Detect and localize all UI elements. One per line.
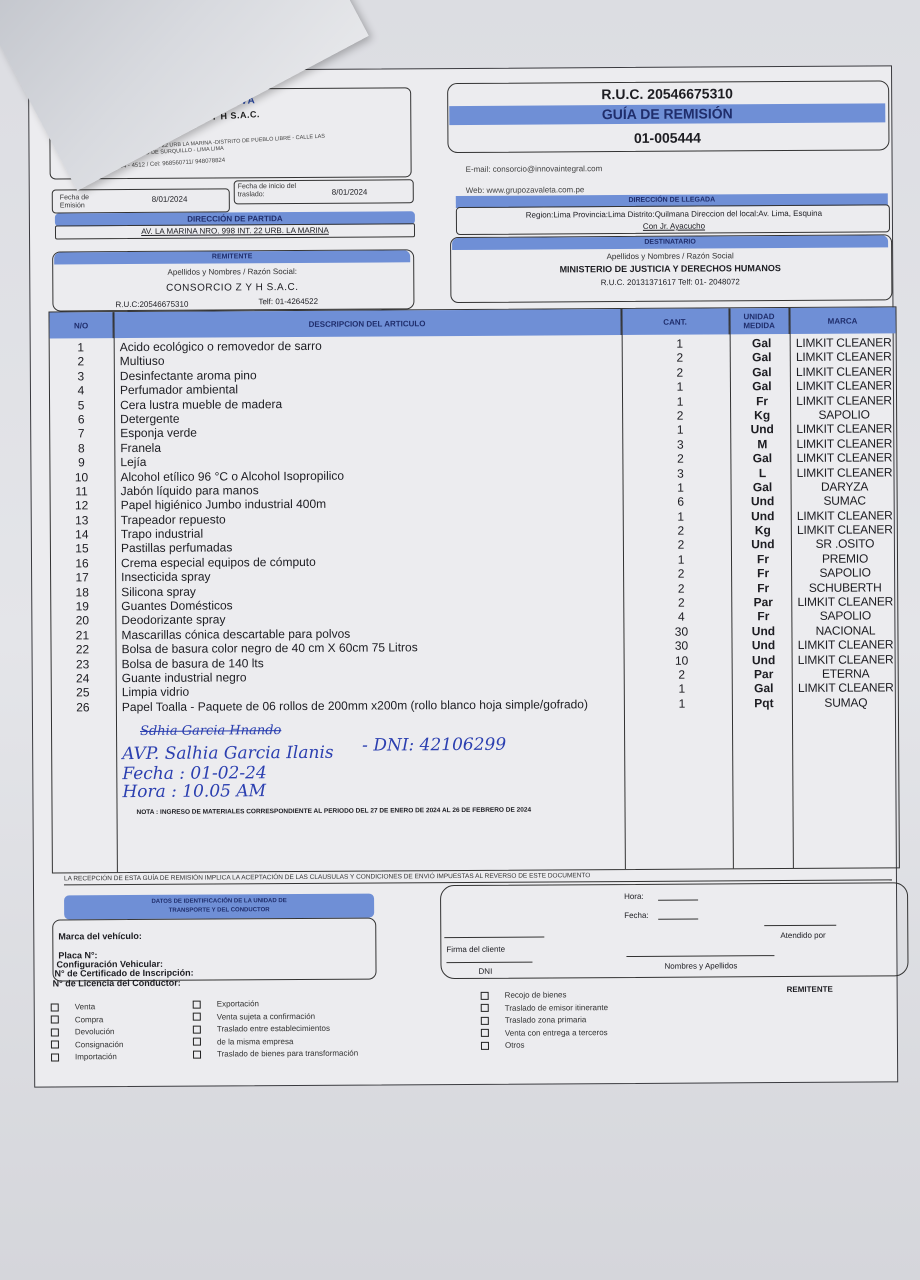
reason-option[interactable]: Recojo de bienes [481, 989, 608, 1002]
header-description: DESCRIPCION DEL ARTICULO [113, 309, 621, 338]
row-brand: SAPOLIO [793, 609, 897, 624]
row-brand: SR .OSITO [793, 537, 897, 552]
row-quantity: 30 [631, 639, 731, 654]
row-brand: SAPOLIO [793, 566, 897, 581]
row-description: Alcohol etílico 96 °C o Alcohol Isopropi… [120, 468, 344, 483]
row-brand: LIMKIT CLEANER [792, 393, 896, 408]
license-label: N° de Licencia del Conductor: [53, 978, 181, 989]
row-quantity: 2 [631, 523, 731, 538]
client-signature-label: Firma del cliente [446, 945, 505, 954]
reason-label: Otros [505, 1041, 525, 1050]
reason-option[interactable]: Traslado de emisor itinerante [481, 1002, 608, 1015]
row-description: Cera lustra mueble de madera [120, 397, 282, 412]
sender-ruc: R.U.C:20546675310 [115, 300, 188, 309]
sender-name: CONSORCIO Z Y H S.A.C. [52, 281, 412, 294]
row-unit: Und [734, 494, 792, 508]
row-brand: LIMKIT CLEANER [792, 436, 896, 451]
row-number: 1 [50, 340, 112, 354]
row-brand: LIMKIT CLEANER [792, 422, 896, 437]
row-description: Crema especial equipos de cómputo [121, 555, 316, 570]
row-description: Limpia vidrio [122, 685, 189, 699]
row-description: Guante industrial negro [122, 670, 247, 685]
row-quantity: 4 [631, 610, 731, 625]
row-quantity: 2 [630, 408, 730, 423]
row-quantity: 1 [631, 552, 731, 567]
document-type-title: GUÍA DE REMISIÓN [449, 103, 885, 125]
row-brand: SUMAQ [794, 695, 898, 710]
row-brand: SUMAC [793, 494, 897, 509]
row-brand: LIMKIT CLEANER [793, 638, 897, 653]
checkbox-icon[interactable] [51, 1041, 59, 1049]
row-description: Multiuso [120, 354, 165, 368]
reason-option[interactable]: Exportación [193, 998, 358, 1012]
transfer-date-label: Fecha de inicio del traslado: [238, 183, 298, 199]
row-unit: Und [735, 653, 793, 667]
row-description: Guantes Domésticos [121, 598, 232, 613]
ruc-number: R.U.C. 20546675310 [447, 84, 887, 103]
row-unit: Kg [734, 523, 792, 537]
transport-title: DATOS DE IDENTIFICACIÓN DE LA UNIDAD DE … [64, 894, 374, 920]
row-unit: Gal [733, 336, 791, 350]
row-unit: Par [735, 667, 793, 681]
row-number: 25 [52, 686, 114, 700]
row-number: 9 [50, 455, 112, 469]
reason-label: Exportación [217, 999, 259, 1008]
items-table: N/O DESCRIPCION DEL ARTICULO CANT. UNIDA… [48, 306, 899, 873]
checkbox-icon[interactable] [51, 1028, 59, 1036]
handwritten-time: Hora : 10.05 AM [122, 781, 266, 802]
row-description: Mascarillas cónica descartable para polv… [121, 626, 350, 641]
row-description: Insecticida spray [121, 570, 210, 585]
row-number: 8 [50, 441, 112, 455]
row-description: Perfumador ambiental [120, 383, 238, 398]
items-table-body: 1Acido ecológico o removedor de sarro1Ga… [50, 335, 898, 714]
row-unit: Fr [733, 394, 791, 408]
reason-label: Venta con entrega a terceros [505, 1028, 608, 1038]
row-quantity: 1 [630, 394, 730, 409]
row-description: Desinfectante aroma pino [120, 368, 257, 383]
row-number: 13 [51, 513, 113, 527]
reason-option[interactable]: Otros [481, 1039, 608, 1052]
row-description: Papel higiénico Jumbo industrial 400m [121, 497, 327, 512]
checkbox-icon[interactable] [193, 1038, 201, 1046]
reason-label: Compra [75, 1015, 104, 1024]
checkbox-icon[interactable] [481, 1029, 489, 1037]
row-unit: Pqt [735, 696, 793, 710]
dni-label: DNI [478, 967, 492, 976]
handwritten-signature: Sdhia Garcia Hnando [140, 723, 281, 739]
row-quantity: 1 [630, 423, 730, 438]
row-brand: DARYZA [793, 479, 897, 494]
reason-option[interactable]: Venta [51, 1001, 124, 1014]
row-brand: LIMKIT CLEANER [792, 364, 896, 379]
row-number: 5 [50, 398, 112, 412]
row-number: 24 [52, 671, 114, 685]
reason-label: Traslado de bienes para transformación [217, 1049, 358, 1059]
row-number: 15 [51, 542, 113, 556]
row-number: 6 [50, 412, 112, 426]
reason-label: Consignación [75, 1040, 124, 1049]
row-description: Papel Toalla - Paquete de 06 rollos de 2… [122, 697, 588, 714]
row-brand: LIMKIT CLEANER [792, 350, 896, 365]
handwritten-dni: - DNI: 42106299 [362, 735, 506, 756]
company-web: Web: www.grupozavaleta.com.pe [466, 185, 585, 195]
reasons-column-3: Recojo de bienesTraslado de emisor itine… [481, 989, 609, 1052]
row-description: Detergente [120, 412, 179, 426]
row-unit: M [733, 437, 791, 451]
reason-label: Importación [75, 1052, 117, 1061]
row-number: 18 [51, 585, 113, 599]
row-unit: Gal [733, 379, 791, 393]
row-brand: LIMKIT CLEANER [792, 465, 896, 480]
checkbox-icon[interactable] [193, 1013, 201, 1021]
header-brand: MARCA [789, 307, 895, 334]
document-number: 01-005444 [447, 128, 887, 147]
row-quantity: 1 [632, 682, 732, 697]
row-unit: Und [733, 422, 791, 436]
checkbox-icon[interactable] [193, 1025, 201, 1033]
remission-guide-document: CONSORCIO INNOVA CONSORCIO Z Y H S.A.C. … [28, 65, 898, 1087]
row-quantity: 2 [630, 451, 730, 466]
row-brand: LIMKIT CLEANER [794, 652, 898, 667]
reason-label: Traslado entre establecimientos [217, 1024, 330, 1034]
row-quantity: 2 [632, 667, 732, 682]
transport-title-line2: TRANSPORTE Y DEL CONDUCTOR [64, 906, 374, 917]
row-brand: LIMKIT CLEANER [793, 508, 897, 523]
checkbox-icon[interactable] [193, 1050, 201, 1058]
row-unit: Gal [733, 451, 791, 465]
row-description: Esponja verde [120, 426, 197, 440]
row-quantity: 2 [631, 595, 731, 610]
checkbox-icon[interactable] [481, 992, 489, 1000]
attended-by-label: Atendido por [780, 931, 825, 940]
row-description: Franela [120, 441, 161, 455]
row-description: Lejía [120, 455, 146, 469]
row-number: 10 [50, 470, 112, 484]
checkbox-icon[interactable] [481, 1042, 489, 1050]
reason-label: Recojo de bienes [505, 990, 567, 999]
row-number: 3 [50, 369, 112, 383]
reason-label: de la misma empresa [217, 1037, 294, 1046]
reason-option[interactable]: Consignación [51, 1039, 124, 1052]
row-brand: LIMKIT CLEANER [792, 335, 896, 350]
row-description: Silicona spray [121, 584, 196, 598]
row-quantity: 1 [630, 336, 730, 351]
reason-option[interactable]: Importación [51, 1051, 124, 1064]
row-brand: SAPOLIO [792, 407, 896, 422]
row-quantity: 1 [631, 480, 731, 495]
row-unit: L [733, 465, 791, 479]
row-description: Jabón líquido para manos [121, 483, 259, 498]
reason-option[interactable]: Venta sujeta a confirmación [193, 1010, 358, 1024]
row-number: 2 [50, 355, 112, 369]
sender-phone: Telf: 01-4264522 [258, 297, 318, 306]
row-number: 14 [51, 527, 113, 541]
reason-option[interactable]: Devolución [51, 1026, 124, 1039]
row-quantity: 2 [631, 567, 731, 582]
header-no: N/O [49, 312, 113, 338]
row-quantity: 3 [630, 466, 730, 481]
table-note: NOTA : INGRESO DE MATERIALES CORRESPONDI… [137, 807, 532, 816]
row-number: 11 [51, 484, 113, 498]
checkbox-icon[interactable] [481, 1004, 489, 1012]
checkbox-icon[interactable] [51, 1053, 59, 1061]
vehicle-brand-label: Marca del vehículo: [58, 931, 142, 942]
row-quantity: 6 [631, 495, 731, 510]
row-description: Trapo industrial [121, 527, 203, 542]
row-description: Bolsa de basura de 140 lts [122, 656, 264, 671]
row-brand: SCHUBERTH [793, 580, 897, 595]
row-description: Trapeador repuesto [121, 512, 226, 527]
row-quantity: 1 [631, 509, 731, 524]
checkbox-icon[interactable] [51, 1003, 59, 1011]
row-brand: LIMKIT CLEANER [794, 681, 898, 696]
transfer-date-value: 8/01/2024 [332, 188, 368, 197]
row-quantity: 2 [631, 581, 731, 596]
reason-label: Devolución [75, 1027, 115, 1036]
row-number: 22 [52, 642, 114, 656]
row-unit: Und [734, 537, 792, 551]
row-brand: ETERNA [794, 666, 898, 681]
handwritten-name: AVP. Salhia Garcia Ilanis [122, 743, 334, 764]
reason-label: Traslado zona primaria [505, 1015, 587, 1024]
reason-option[interactable]: Compra [51, 1014, 124, 1027]
checkbox-icon[interactable] [51, 1016, 59, 1024]
row-brand: LIMKIT CLEANER [792, 379, 896, 394]
row-unit: Und [734, 638, 792, 652]
row-description: Bolsa de basura color negro de 40 cm X 6… [122, 640, 418, 656]
row-quantity: 10 [632, 653, 732, 668]
row-brand: PREMIO [793, 551, 897, 566]
sender-title: REMITENTE [54, 250, 410, 264]
row-unit: Gal [733, 365, 791, 379]
row-quantity: 1 [632, 696, 732, 711]
reason-option[interactable]: de la misma empresa [193, 1035, 358, 1049]
row-number: 26 [52, 700, 114, 714]
row-quantity: 2 [631, 538, 731, 553]
reasons-column-1: VentaCompraDevoluciónConsignaciónImporta… [51, 1001, 124, 1064]
row-unit: Gal [734, 480, 792, 494]
header-unit: UNIDAD MEDIDA [729, 308, 789, 334]
remitente-label: REMITENTE [787, 985, 833, 994]
row-number: 12 [51, 498, 113, 512]
row-description: Pastillas perfumadas [121, 541, 232, 556]
row-number: 20 [51, 614, 113, 628]
hour-label: Hora: [624, 892, 644, 901]
date-label: Fecha: [624, 911, 649, 920]
row-number: 4 [50, 383, 112, 397]
reason-option[interactable]: Traslado entre establecimientos [193, 1023, 358, 1037]
row-unit: Par [734, 595, 792, 609]
row-brand: NACIONAL [793, 623, 897, 638]
row-quantity: 2 [630, 365, 730, 380]
reason-option[interactable]: Venta con entrega a terceros [481, 1027, 608, 1040]
row-quantity: 1 [630, 380, 730, 395]
emission-date-label: Fecha de Emisión [60, 194, 100, 210]
row-number: 19 [51, 599, 113, 613]
row-unit: Fr [734, 609, 792, 623]
row-unit: Fr [734, 581, 792, 595]
names-label: Nombres y Apellidos [664, 961, 737, 970]
checkbox-icon[interactable] [193, 1000, 201, 1008]
row-number: 21 [51, 628, 113, 642]
row-description: Acido ecológico o removedor de sarro [120, 339, 322, 354]
row-unit: Gal [735, 681, 793, 695]
row-brand: LIMKIT CLEANER [793, 594, 897, 609]
company-email: E-mail: consorcio@innovaintegral.com [466, 164, 603, 174]
row-quantity: 2 [630, 351, 730, 366]
row-number: 16 [51, 556, 113, 570]
checkbox-icon[interactable] [481, 1017, 489, 1025]
row-description: Deodorizante spray [121, 613, 225, 628]
reason-label: Venta [75, 1002, 96, 1011]
emission-date-value: 8/01/2024 [152, 195, 188, 204]
row-quantity: 3 [630, 437, 730, 452]
reason-option[interactable]: Traslado de bienes para transformación [193, 1048, 358, 1062]
row-unit: Fr [734, 552, 792, 566]
row-number: 17 [51, 570, 113, 584]
row-unit: Und [734, 624, 792, 638]
reason-option[interactable]: Traslado zona primaria [481, 1014, 608, 1027]
row-number: 7 [50, 426, 112, 440]
row-number: 23 [52, 657, 114, 671]
reason-label: Venta sujeta a confirmación [217, 1011, 315, 1021]
row-brand: LIMKIT CLEANER [792, 450, 896, 465]
header-qty: CANT. [621, 308, 729, 335]
reason-label: Traslado de emisor itinerante [505, 1003, 608, 1013]
row-unit: Gal [733, 350, 791, 364]
row-unit: Fr [734, 566, 792, 580]
reasons-column-2: ExportaciónVenta sujeta a confirmaciónTr… [193, 998, 359, 1062]
row-unit: Kg [733, 408, 791, 422]
row-quantity: 30 [631, 624, 731, 639]
row-unit: Und [734, 509, 792, 523]
row-brand: LIMKIT CLEANER [793, 522, 897, 537]
